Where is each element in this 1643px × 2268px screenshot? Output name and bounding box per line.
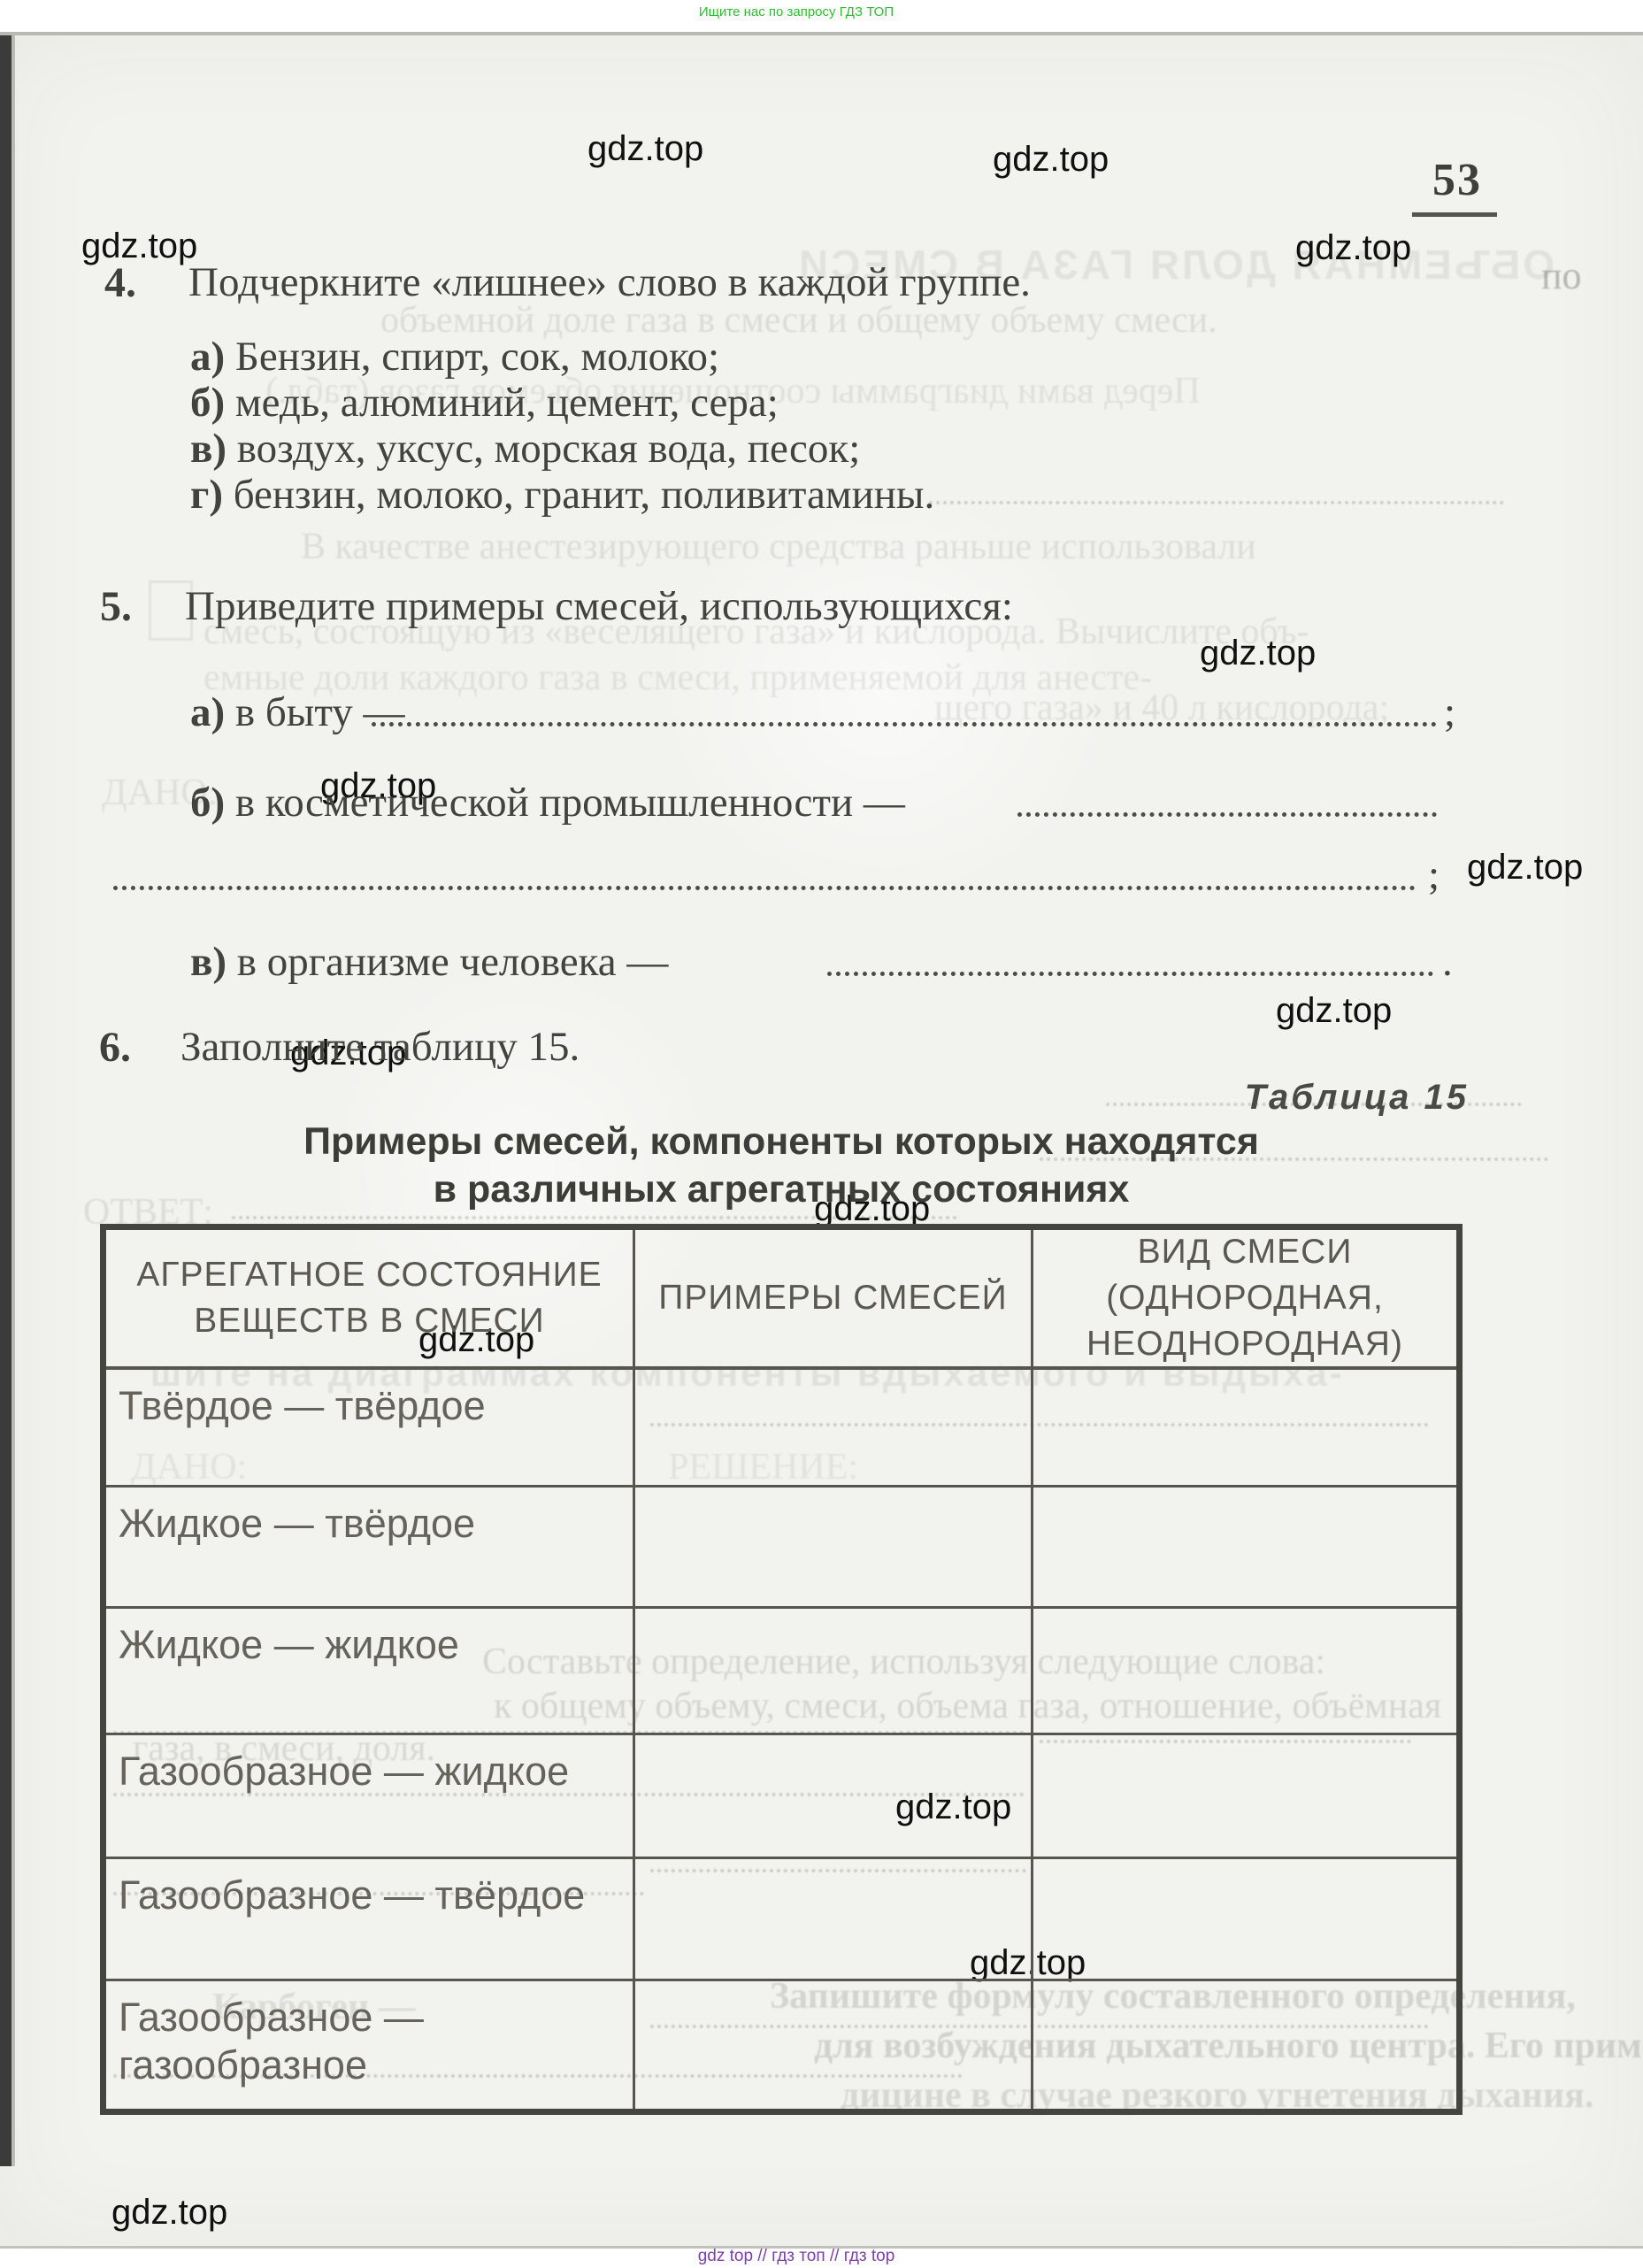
item-letter: б) — [190, 780, 225, 826]
header-line: ВИД СМЕСИ — [1138, 1229, 1353, 1275]
page-top-edge — [0, 32, 1643, 35]
item-text: воздух, уксус, морская вода, песок; — [237, 426, 860, 472]
item-letter: в) — [190, 939, 226, 985]
gdz-watermark: gdz.top — [1200, 634, 1316, 673]
table-cell-kind-empty — [1033, 1488, 1456, 1609]
table-title-line1: Примеры смесей, компоненты которых наход… — [100, 1120, 1463, 1164]
table-header-kind: ВИД СМЕСИ (ОДНОРОДНАЯ, НЕОДНОРОДНАЯ) — [1033, 1230, 1456, 1370]
line-end-punct: . — [1442, 938, 1453, 986]
item-text: Бензин, спирт, сок, молоко; — [235, 334, 719, 380]
exercise-4-item-v: в) воздух, уксус, морская вода, песок; — [190, 425, 860, 473]
item-letter: а) — [190, 689, 225, 735]
bleed-through-dotted-line — [929, 501, 1504, 504]
gdz-watermark: gdz.top — [993, 140, 1109, 180]
state-label: Газообразное — жидкое — [119, 1749, 569, 1794]
exercise-6-number: 6. — [99, 1023, 131, 1072]
table-header-examples: ПРИМЕРЫ СМЕСЕЙ — [635, 1230, 1033, 1370]
table-cell-examples-empty — [635, 1609, 1033, 1735]
exercise-5-item-v-label: в) в организме человека — — [190, 938, 668, 986]
gdz-watermark: gdz.top — [587, 129, 703, 169]
line-end-punct: ; — [1444, 688, 1455, 736]
header-line: ВЕЩЕСТВ В СМЕСИ — [194, 1298, 544, 1344]
bleed-through-text: В качестве анестезирующего средства рань… — [301, 526, 1256, 568]
gdz-watermark: gdz.top — [111, 2193, 227, 2233]
table-cell-state: Газообразное — жидкое — [106, 1735, 635, 1859]
exercise-5-number: 5. — [100, 582, 132, 631]
exercise-4-item-a: а) Бензин, спирт, сок, молоко; — [190, 333, 719, 381]
table-cell-state: Жидкое — твёрдое — [106, 1488, 635, 1609]
table-cell-examples-empty — [635, 1735, 1033, 1859]
item-letter: г) — [190, 472, 223, 518]
line-end-punct: ; — [1428, 851, 1440, 899]
gdz-watermark: gdz.top — [1467, 848, 1583, 888]
state-label: Твёрдое — твёрдое — [119, 1383, 486, 1428]
answer-blank-line — [113, 886, 1416, 890]
header-line: (ОДНОРОДНАЯ, — [1106, 1275, 1384, 1321]
table-cell-kind-empty — [1033, 1735, 1456, 1859]
workbook-page-scan: Ищите нас по запросу ГДЗ ТОП ОБЪЕМНАЯ ДО… — [0, 0, 1643, 2268]
answer-blank-line — [827, 972, 1433, 976]
table-cell-kind-empty — [1033, 1609, 1456, 1735]
bleed-through-text: по — [1541, 253, 1582, 298]
table-cell-kind-empty — [1033, 1370, 1456, 1488]
header-line: АГРЕГАТНОЕ СОСТОЯНИЕ — [136, 1252, 602, 1298]
header-line: ПРИМЕРЫ СМЕСЕЙ — [658, 1275, 1007, 1321]
gdz-watermark: gdz.top — [1295, 228, 1411, 268]
gdz-watermark: gdz.top — [1276, 991, 1392, 1031]
gdz-watermark: gdz.top — [81, 227, 197, 266]
item-letter: в) — [190, 426, 226, 472]
state-label: Газообразное — газообразное — [119, 1995, 424, 2087]
header-line: НЕОДНОРОДНАЯ) — [1086, 1321, 1403, 1367]
item-letter: б) — [190, 380, 225, 426]
exercise-4-item-g: г) бензин, молоко, гранит, поливитамины. — [190, 471, 934, 519]
page-number-underline — [1412, 212, 1497, 217]
exercise-4-number: 4. — [104, 258, 136, 307]
page-number: 53 — [1416, 154, 1499, 206]
item-text: в организме человека — — [237, 939, 669, 985]
item-text: бензин, молоко, гранит, поливитамины. — [234, 472, 934, 518]
item-text: в быту — — [235, 689, 405, 735]
table-cell-examples-empty — [635, 1370, 1033, 1488]
table-cell-examples-empty — [635, 1488, 1033, 1609]
table-cell-state: Газообразное — газообразное — [106, 1981, 635, 2109]
answer-blank-line — [1017, 812, 1437, 817]
table-cell-examples-empty — [635, 1859, 1033, 1981]
exercise-5-item-b-label: б) в косметической промышленности — — [190, 779, 905, 826]
table-caption: Таблица 15 — [1245, 1078, 1469, 1118]
promo-banner-text: Ищите нас по запросу ГДЗ ТОП — [566, 4, 1026, 19]
table-cell-kind-empty — [1033, 1981, 1456, 2109]
answer-blank-line — [372, 722, 1437, 727]
footer-watermark-text: gdz top // гдз топ // гдз top — [566, 2247, 1026, 2266]
table-cell-state: Газообразное — твёрдое — [106, 1859, 635, 1981]
state-label: Жидкое — твёрдое — [119, 1501, 475, 1546]
exercise-4-item-b: б) медь, алюминий, цемент, сера; — [190, 379, 779, 427]
item-text: в косметической промышленности — — [235, 780, 905, 826]
exercise-5-item-a-label: а) в быту — — [190, 688, 405, 736]
state-label: Жидкое — жидкое — [119, 1622, 459, 1667]
exercise-5-title: Приведите примеры смесей, использующихся… — [185, 582, 1013, 630]
scan-left-dark-edge — [0, 35, 12, 2166]
item-letter: а) — [190, 334, 225, 380]
state-label: Газообразное — твёрдое — [119, 1872, 585, 1918]
exercise-6-title: Заполните таблицу 15. — [180, 1023, 580, 1071]
mixtures-table: АГРЕГАТНОЕ СОСТОЯНИЕ ВЕЩЕСТВ В СМЕСИ ПРИ… — [100, 1224, 1463, 2115]
table-cell-examples-empty — [635, 1981, 1033, 2109]
scan-left-edge-shadow — [12, 35, 15, 2166]
table-cell-state: Жидкое — жидкое — [106, 1609, 635, 1735]
exercise-4-title: Подчеркните «лишнее» слово в каждой груп… — [188, 258, 1031, 306]
table-header-state: АГРЕГАТНОЕ СОСТОЯНИЕ ВЕЩЕСТВ В СМЕСИ — [106, 1230, 635, 1370]
item-text: медь, алюминий, цемент, сера; — [235, 380, 779, 426]
table-cell-kind-empty — [1033, 1859, 1456, 1981]
table-cell-state: Твёрдое — твёрдое — [106, 1370, 635, 1488]
table-title-line2: в различных агрегатных состояниях — [100, 1168, 1463, 1211]
